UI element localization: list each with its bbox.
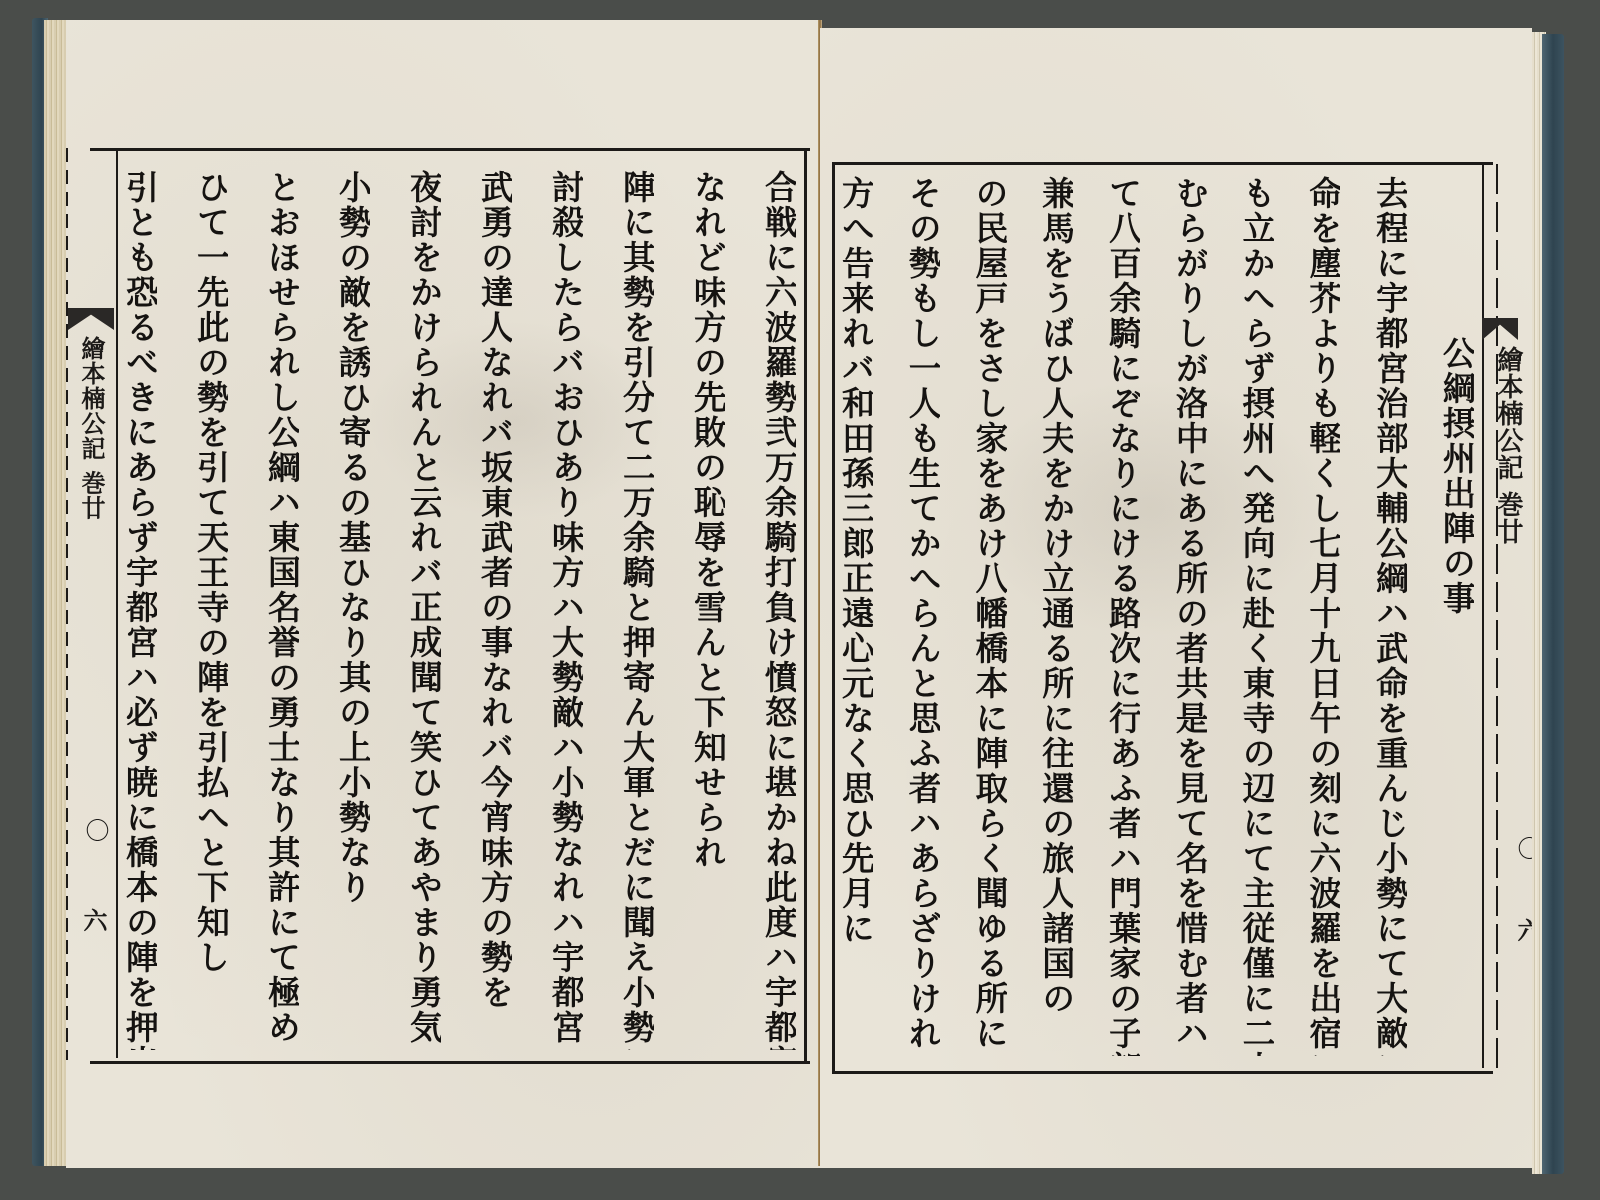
left-page-text-columns: 合戦に六波羅勢弐万余騎打負け憤怒に堪かね此度ハ宇都宮治部大輔公綱小勢 なれど味方… (124, 170, 796, 1050)
open-book: 繪本楠公記 巻廿 〇 六 合戦に六波羅勢弐万余騎打負け憤怒に堪かね此度ハ宇都宮治… (30, 14, 1570, 1186)
right-page-outer-rule (1496, 164, 1498, 1068)
text-column: とおほせられし公綱ハ東国名誉の勇士なり其許にて極めて笑 (266, 170, 299, 1050)
text-column: 去程に宇都宮治部大輔公綱ハ武命を重んじ小勢にて大敵に向ふ事を (1374, 176, 1407, 1056)
text-column: 方へ告来れバ和田孫三郎正遠心元なく思ひ先月に (840, 176, 873, 1056)
left-page-side-title: 繪本楠公記 巻廿 (74, 336, 109, 520)
text-column: 討殺したらバおひあり味方ハ大勢敵ハ小勢なれハ宇都宮 (550, 170, 583, 1050)
left-page-outer-rule (66, 148, 68, 1060)
left-page: 繪本楠公記 巻廿 〇 六 合戦に六波羅勢弐万余騎打負け憤怒に堪かね此度ハ宇都宮治… (66, 20, 820, 1168)
text-column: も立かへらず摂州へ発向に赴く東寺の辺にて主従僅に二十騎 (1241, 176, 1274, 1056)
text-column: ひて一先此の勢を引て天王寺の陣を引払へと下知し (195, 170, 228, 1050)
text-column: て八百余騎にぞなりにける路次に行あふ者ハ門葉家の子郎従 (1107, 176, 1140, 1056)
text-column: 引とも恐るべきにあらず宇都宮ハ必ず暁に橋本の陣を押出しけるとぞ (124, 170, 157, 1050)
right-page: 繪本楠公記 巻廿 〇 六 公綱摂州出陣の事 去程に宇都宮治部大輔公綱ハ武命を重ん… (820, 28, 1532, 1168)
text-column: 合戦に六波羅勢弐万余騎打負け憤怒に堪かね此度ハ宇都宮治部大輔公綱小勢 (763, 170, 796, 1050)
book-cover-right (1542, 34, 1564, 1174)
left-page-fold-mark: 〇 (78, 818, 113, 842)
right-page-text-columns: 公綱摂州出陣の事 去程に宇都宮治部大輔公綱ハ武命を重んじ小勢にて大敵に向ふ事を … (840, 176, 1474, 1056)
text-column: その勢もし一人も生てかへらんと思ふ者ハあらざりけれハ楠 (907, 176, 940, 1056)
page-edges-left (44, 20, 68, 1166)
text-column: 夜討をかけられんと云れバ正成聞て笑ひてあやまり勇気 (408, 170, 441, 1050)
chapter-title: 公綱摂州出陣の事 (1441, 176, 1474, 1056)
right-page-inner-rule (1482, 164, 1484, 1068)
text-column: なれど味方の先敗の恥辱を雪んと下知せられ (692, 170, 725, 1050)
text-column: 兼馬をうばひ人夫をかけ立通る所に往還の旅人諸国の (1040, 176, 1073, 1056)
text-column: むらがりしが洛中にある所の者共是を見て名を惜む者ハ (1174, 176, 1207, 1056)
text-column: の民屋戸をさし家をあけ八幡橋本に陣取らく聞ゆる所に (974, 176, 1007, 1056)
left-page-frame-right (804, 148, 807, 1061)
left-page-inner-rule (116, 150, 118, 1058)
text-column: 武勇の達人なれバ坂東武者の事なれバ今宵味方の勢を (479, 170, 512, 1050)
text-column: 陣に其勢を引分て二万余騎と押寄ん大軍とだに聞え小勢にて (621, 170, 654, 1050)
text-column: 命を塵芥よりも軽くし七月十九日午の刻に六波羅を出宿に (1307, 176, 1340, 1056)
right-page-side-title: 繪本楠公記 巻廿 (1490, 346, 1527, 545)
left-page-page-number: 六 (76, 908, 111, 932)
text-column: 小勢の敵を誘ひ寄るの基ひなり其の上小勢なり (337, 170, 370, 1050)
